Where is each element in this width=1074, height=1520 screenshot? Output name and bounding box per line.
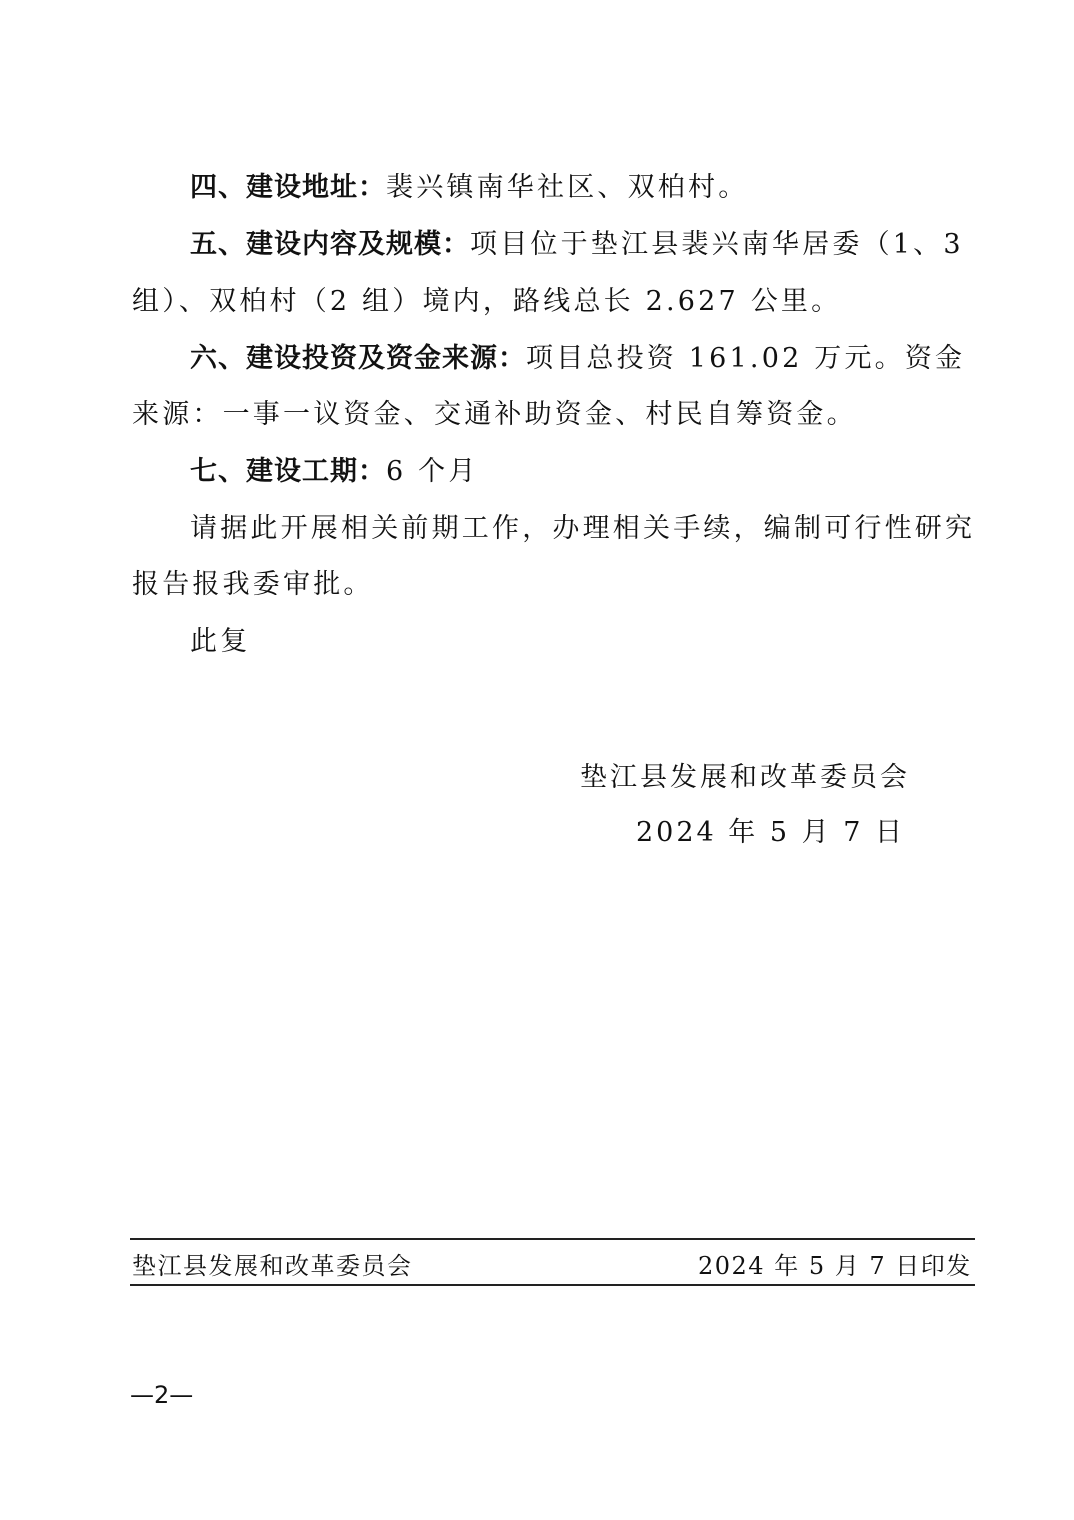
footer-bottom-rule xyxy=(130,1284,975,1286)
signature-organization: 垫江县发展和改革委员会 xyxy=(580,760,910,796)
closing-text: 此复 xyxy=(190,624,250,660)
footer-issue-date: 2024 年 5 月 7 日印发 xyxy=(698,1251,972,1281)
signature-date: 2024 年 5 月 7 日 xyxy=(636,815,905,851)
page-number: —2— xyxy=(130,1380,193,1410)
section-heading: 五、建设内容及规模： xyxy=(190,229,470,260)
section-text: 项目总投资 161.02 万元。资金 xyxy=(526,343,965,374)
section-6-continuation: 来源：一事一议资金、交通补助资金、村民自筹资金。 xyxy=(132,397,857,433)
section-heading: 六、建设投资及资金来源： xyxy=(190,343,526,374)
section-text: 项目位于垫江县裴兴南华居委（1、3 xyxy=(470,229,964,260)
footer-issuer: 垫江县发展和改革委员会 xyxy=(132,1251,413,1281)
section-text: 裴兴镇南华社区、双柏村。 xyxy=(386,172,748,203)
section-text: 6 个月 xyxy=(386,456,479,487)
section-heading: 七、建设工期： xyxy=(190,456,386,487)
footer-top-rule xyxy=(130,1238,975,1240)
section-5-continuation: 组）、双柏村（2 组）境内，路线总长 2.627 公里。 xyxy=(132,284,841,320)
section-7-duration: 七、建设工期：6 个月 xyxy=(190,454,479,490)
section-5-content-scale: 五、建设内容及规模：项目位于垫江县裴兴南华居委（1、3 xyxy=(190,227,964,263)
request-paragraph-continuation: 报告报我委审批。 xyxy=(132,567,374,603)
section-heading: 四、建设地址： xyxy=(190,172,386,203)
section-6-investment: 六、建设投资及资金来源：项目总投资 161.02 万元。资金 xyxy=(190,341,965,377)
section-4-address: 四、建设地址：裴兴镇南华社区、双柏村。 xyxy=(190,170,748,206)
document-page: 四、建设地址：裴兴镇南华社区、双柏村。 五、建设内容及规模：项目位于垫江县裴兴南… xyxy=(0,0,1074,1520)
request-paragraph: 请据此开展相关前期工作，办理相关手续，编制可行性研究 xyxy=(190,511,975,547)
